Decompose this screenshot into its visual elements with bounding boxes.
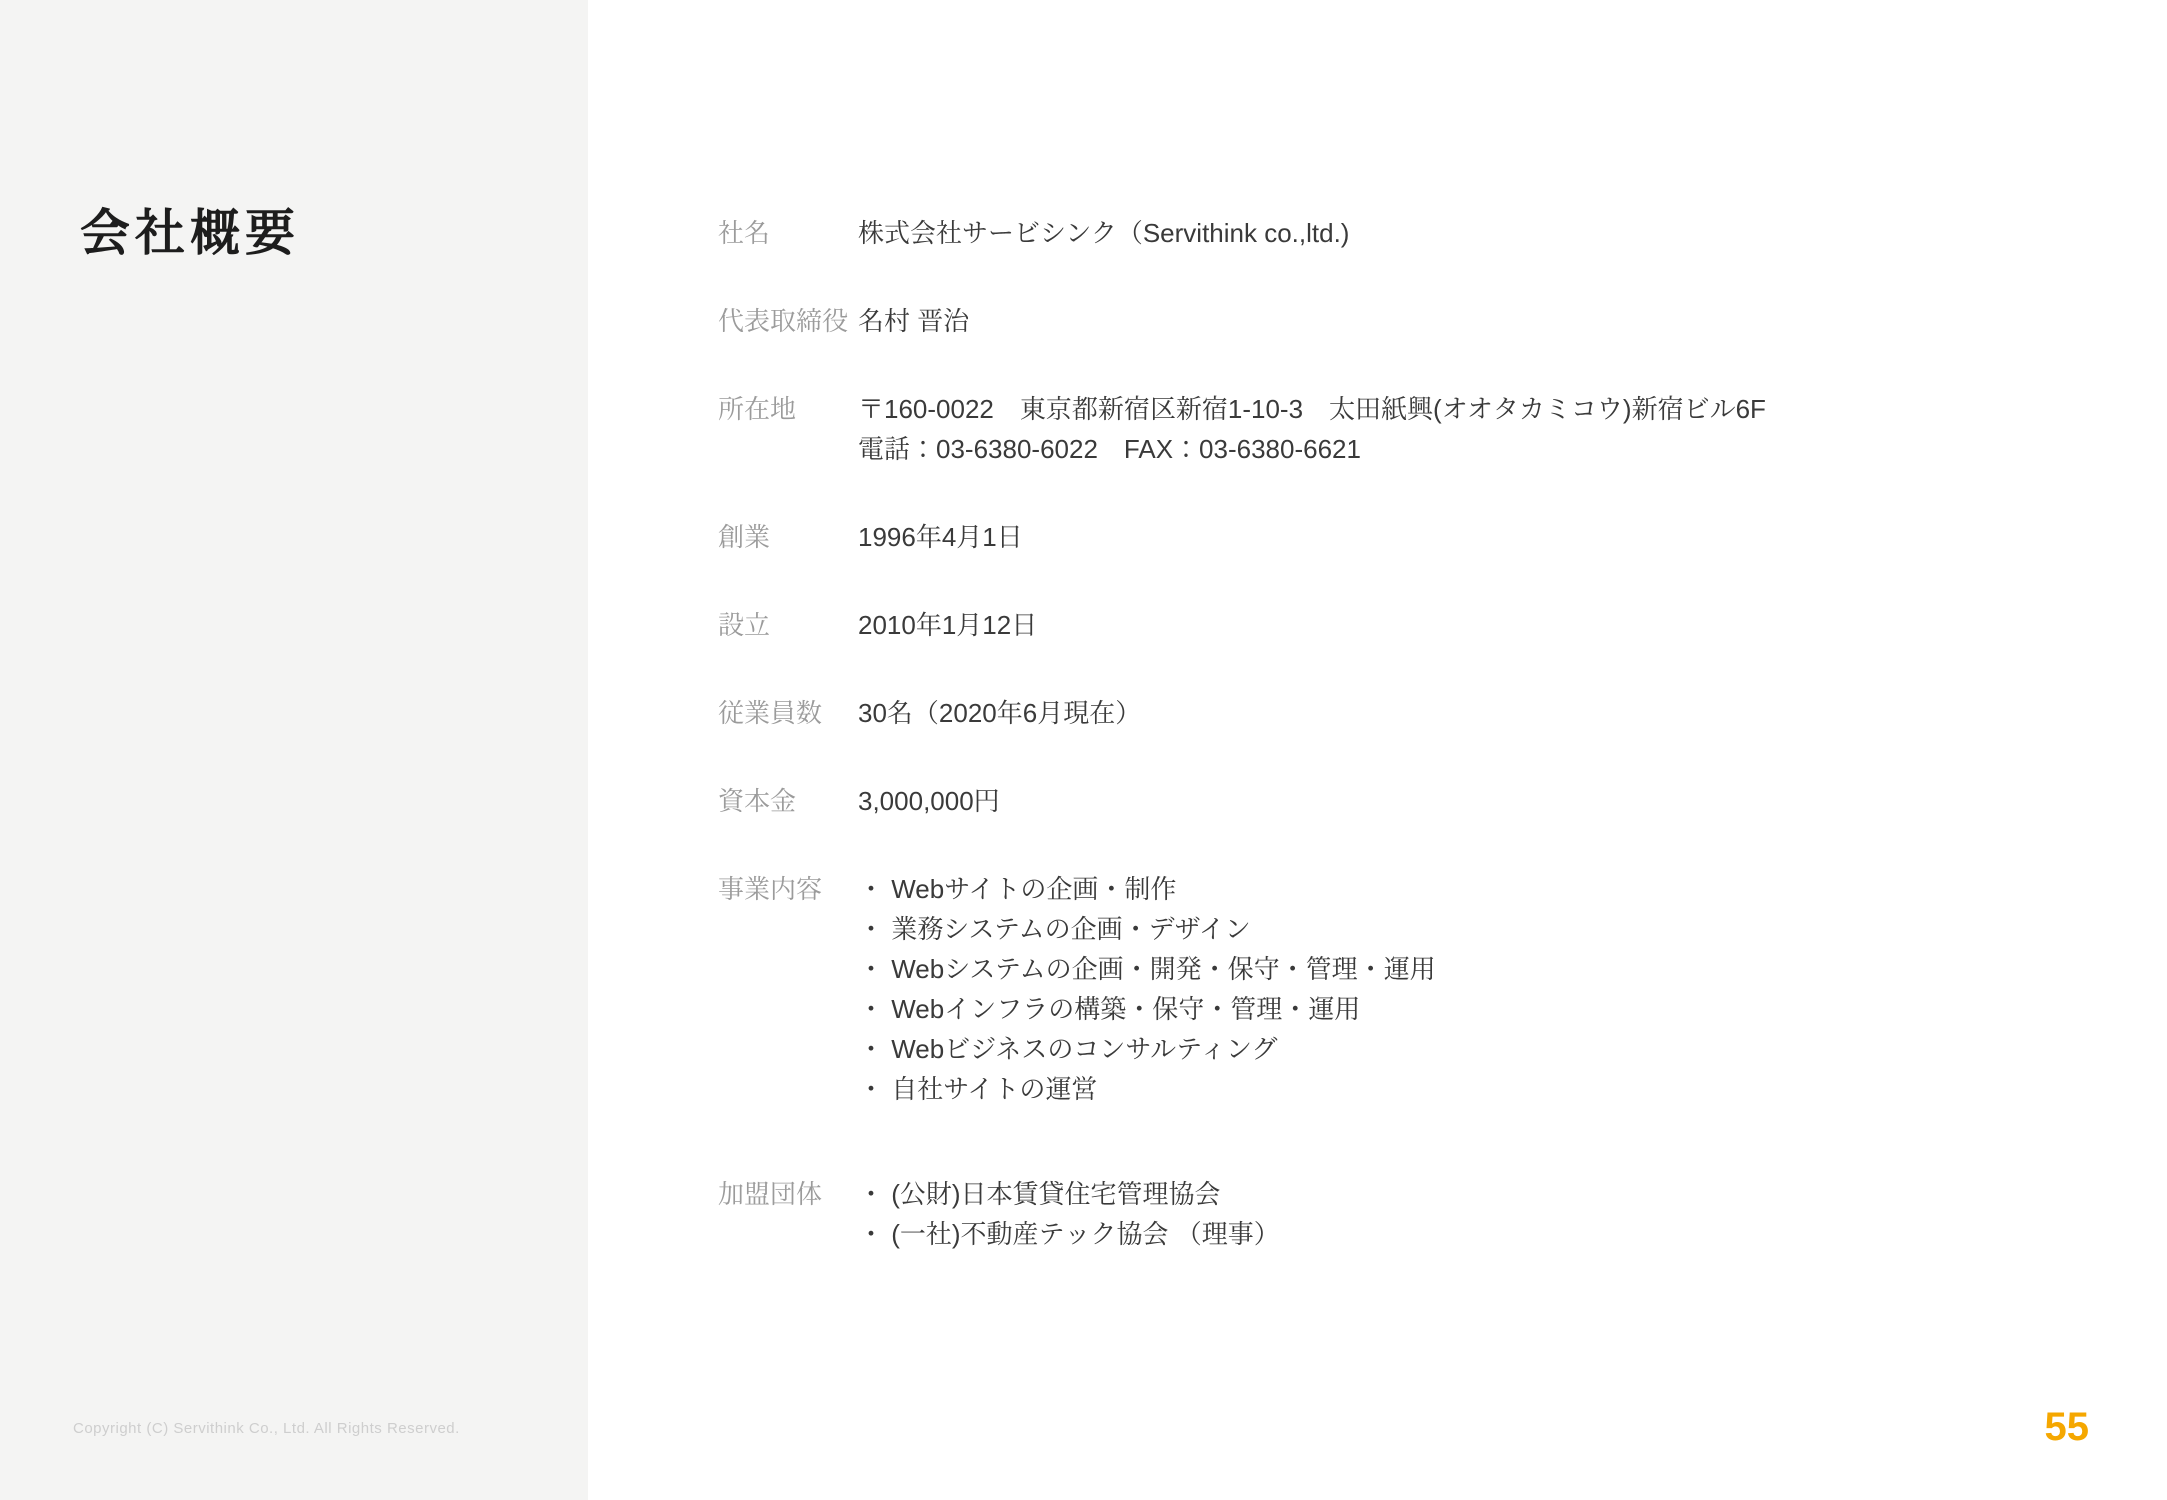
row-label: 設立 bbox=[718, 605, 858, 645]
slide-canvas: 会社概要 Copyright (C) Servithink Co., Ltd. … bbox=[0, 0, 2167, 1500]
row-value: ・ Webサイトの企画・制作 ・ 業務システムの企画・デザイン ・ Webシステ… bbox=[858, 869, 2078, 1109]
row-label: 資本金 bbox=[718, 781, 858, 821]
row-label: 所在地 bbox=[718, 389, 858, 429]
row-label: 事業内容 bbox=[718, 869, 858, 909]
left-panel: 会社概要 Copyright (C) Servithink Co., Ltd. … bbox=[0, 0, 588, 1500]
row-label: 従業員数 bbox=[718, 693, 858, 733]
row-value: 30名（2020年6月現在） bbox=[858, 693, 2078, 733]
company-profile-table: 社名 株式会社サービシンク（Servithink co.,ltd.) 代表取締役… bbox=[718, 213, 2078, 1254]
page-number: 55 bbox=[2045, 1405, 2090, 1450]
profile-row-memberships: 加盟団体 ・ (公財)日本賃貸住宅管理協会 ・ (一社)不動産テック協会 （理事… bbox=[718, 1174, 2078, 1254]
profile-row-address: 所在地 〒160-0022 東京都新宿区新宿1-10-3 太田紙興(オオタカミコ… bbox=[718, 389, 2078, 469]
row-value: 〒160-0022 東京都新宿区新宿1-10-3 太田紙興(オオタカミコウ)新宿… bbox=[858, 389, 2078, 469]
row-value: 1996年4月1日 bbox=[858, 517, 2078, 557]
row-value: 2010年1月12日 bbox=[858, 605, 2078, 645]
copyright-text: Copyright (C) Servithink Co., Ltd. All R… bbox=[73, 1420, 460, 1437]
row-value: 3,000,000円 bbox=[858, 781, 2078, 821]
row-label: 社名 bbox=[718, 213, 858, 253]
row-value: 名村 晋治 bbox=[858, 301, 2078, 341]
profile-row-company-name: 社名 株式会社サービシンク（Servithink co.,ltd.) bbox=[718, 213, 2078, 253]
profile-row-ceo: 代表取締役 名村 晋治 bbox=[718, 301, 2078, 341]
row-value: 株式会社サービシンク（Servithink co.,ltd.) bbox=[858, 213, 2078, 253]
profile-row-capital: 資本金 3,000,000円 bbox=[718, 781, 2078, 821]
row-label: 代表取締役 bbox=[718, 301, 858, 341]
profile-row-founded: 創業 1996年4月1日 bbox=[718, 517, 2078, 557]
profile-row-established: 設立 2010年1月12日 bbox=[718, 605, 2078, 645]
row-label: 創業 bbox=[718, 517, 858, 557]
profile-row-employees: 従業員数 30名（2020年6月現在） bbox=[718, 693, 2078, 733]
page-title: 会社概要 bbox=[80, 203, 300, 263]
row-value: ・ (公財)日本賃貸住宅管理協会 ・ (一社)不動産テック協会 （理事） bbox=[858, 1174, 2078, 1254]
profile-row-business: 事業内容 ・ Webサイトの企画・制作 ・ 業務システムの企画・デザイン ・ W… bbox=[718, 869, 2078, 1109]
row-label: 加盟団体 bbox=[718, 1174, 858, 1214]
